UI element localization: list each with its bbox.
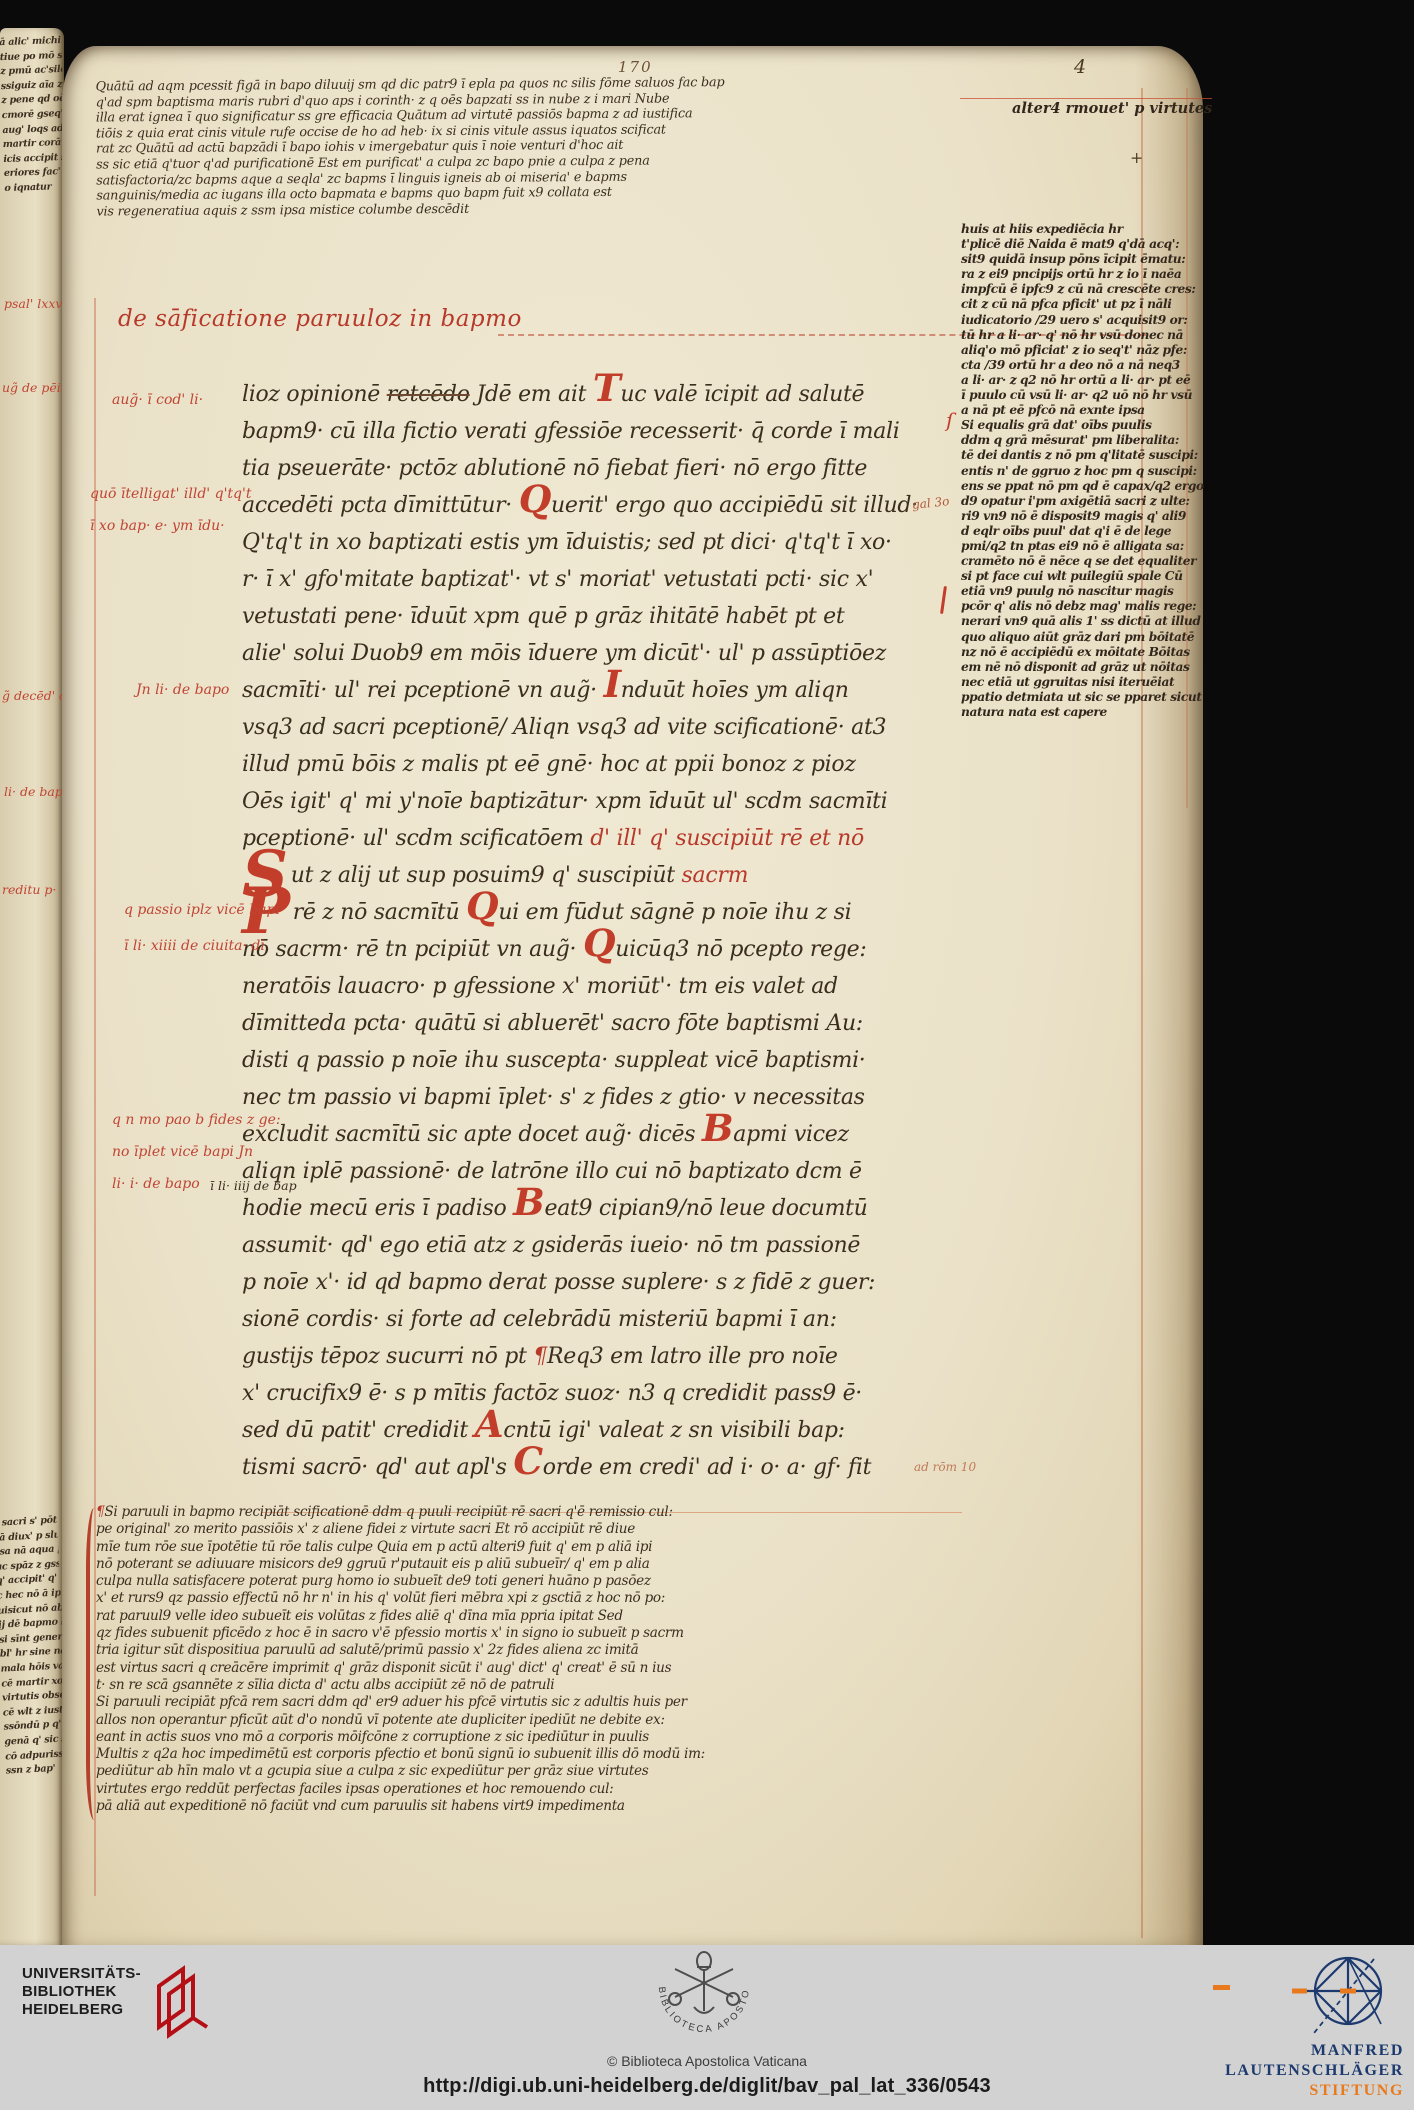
ink-text: mīe tum rōe sue īpotētie tū rōe talis cu…	[96, 1539, 652, 1555]
ink-text: dīmitteda pcta· quātū si abluerēt' sacro…	[242, 1011, 863, 1036]
margin-note-psalm-ref: psal' lxxvij	[4, 296, 70, 311]
manuscript-photo: ā alic' michil valettiue po mō scilliisz…	[0, 0, 1414, 1945]
ink-text: nerari vn9 quā alis 1' ss dictū at illud	[961, 614, 1200, 628]
ink-text: a nā pt eē pfcō nā exnte ipsa	[961, 403, 1145, 417]
ink-text: uerit' ergo quo accipiēdū sit illud·	[551, 493, 918, 518]
manuscript-text-line: rat paruul9 velle ideo subueīt eis volūt…	[96, 1608, 705, 1625]
ink-text: pā aliā aut expeditionē nō faciūt vnd cu…	[96, 1798, 625, 1814]
rubricated-text: C	[513, 1439, 542, 1483]
manuscript-text-line: impfcū ē ipfc9 z cū nā crescēte cres:	[961, 282, 1199, 297]
ink-text: ui em fūdut sāgnē p noīe ihu z si	[498, 900, 851, 925]
manuscript-text-line: excludit sacmītū sic apte docet aug̃· di…	[242, 1122, 918, 1159]
ink-text: tē dei dantis z nō pm q'litatē suscipi:	[961, 448, 1198, 462]
manuscript-text-line: t'plicē diē Naida ē mat9 q'dā acq':	[961, 237, 1199, 252]
ink-text: Jdē em ait	[470, 382, 593, 407]
ink-text: uc spāz z gss s'	[0, 1558, 71, 1573]
ink-text: accedēti pcta dīmittūtur·	[242, 493, 519, 518]
ink-text: nō sacrm· rē tn pcipiūt vn aug̃·	[242, 937, 583, 962]
ink-text: z pene qd oēs refor	[1, 92, 67, 106]
ink-text: tiue po mō scilliis	[0, 49, 67, 63]
ub-heidelberg-logo: UNIVERSITÄTS- BIBLIOTHEK HEIDELBERG	[22, 1965, 211, 2049]
manuscript-text-line: ens se ppat nō pm qd ē capax/q2 ergo	[961, 479, 1199, 494]
manuscript-text-line: etiā vn9 puulg nō nascitur magis	[961, 584, 1199, 599]
ink-text: x' crucifix9 ē· s p mītis factōz suoz· n…	[242, 1381, 862, 1406]
ink-text: mala hōis val	[0, 1660, 67, 1674]
manuscript-text-line: r· ī x' gfo'mitate baptizat'· vt s' mori…	[242, 567, 918, 604]
ink-text: ssn z bap'	[6, 1763, 56, 1777]
ink-text: hodie mecū eris ī padiso	[242, 1196, 513, 1221]
ink-text: vetustati pene· īduūt xpm quē p grāz ihi…	[242, 604, 844, 629]
manuscript-text-line: tū hr a li· ar· q' nō hr vsū donec nā	[961, 328, 1199, 343]
ink-text: t'plicē diē Naida ē mat9 q'dā acq':	[961, 237, 1179, 251]
manuscript-text-line: nō poterant se adiuuare misicors de9 ggr…	[96, 1556, 705, 1573]
ink-text: lioz opinionē	[242, 382, 387, 407]
manuscript-text-line: ssn z bap'	[6, 1762, 71, 1780]
ink-text: o iqnatur	[4, 181, 51, 194]
ink-text: ppatio detmiata ut sic se pparet sicut	[961, 690, 1202, 704]
ink-text: impfcū ē ipfc9 z cū nā crescēte cres:	[961, 282, 1195, 296]
manuscript-text-line: d eqlr oībs puul' dat q'i ē de lege	[961, 524, 1199, 539]
ink-text: aliq'o mō pficiat' z io seq't' nāz pfe:	[961, 343, 1187, 357]
ink-text: virtutis obseq	[2, 1689, 72, 1704]
ink-text: bapm9· cū illa fictio verati gfessiōe re…	[242, 419, 900, 444]
manuscript-text-line: mīe tum rōe sue īpotētie tū rōe talis cu…	[96, 1539, 705, 1556]
manuscript-text-line: est virtus sacri q creācēre imprimit q' …	[96, 1660, 705, 1677]
ink-text: ā alic' michil valet	[0, 35, 67, 48]
marginal-annotation-column: huis at hiis expediēcia hrt'plicē diē Na…	[961, 222, 1199, 720]
manuscript-text-line: illud pmū bōis z malis pt eē gnē· hoc at…	[242, 752, 918, 789]
svg-text:BIBLIOTECA APOSTOLICA VATICANA: BIBLIOTECA APOSTOLICA VATICANA	[645, 1945, 752, 2035]
manuscript-text-line: Q'tq't in xo baptizati estis ym īduistis…	[242, 530, 918, 567]
ink-text: rē z nō sacmītū	[293, 900, 466, 925]
manuscript-text-line: pā aliā aut expeditionē nō faciūt vnd cu…	[96, 1798, 705, 1815]
manuscript-text-line: cta /39 ortū hr a deo nō a nā neq3	[961, 358, 1199, 373]
ink-text: aug' loqs ad cōmnā	[2, 121, 67, 135]
margin-note-augustine-codex: aug̃· ī cod' li·	[112, 392, 203, 408]
manuscript-text-line: a li· ar· z q2 nō hr ortū a li· ar· pt e…	[961, 373, 1199, 388]
ink-text: r· ī x' gfo'mitate baptizat'· vt s' mori…	[242, 567, 873, 592]
manuscript-text-line: sionē cordis· si forte ad celebrādū mist…	[242, 1307, 918, 1344]
manuscript-text-line: pmi/q2 tn ptas ei9 nō ē alligata sa:	[961, 539, 1199, 554]
rubricated-text: Q	[583, 921, 615, 965]
ink-text: si sīnt generā	[0, 1631, 68, 1646]
ub-book-icon	[149, 1965, 211, 2049]
margin-note-passio-vice-baptismi-2: ī li· xiiii de ciuita· di	[124, 938, 265, 954]
manuscript-text-line: iudicatorio /29 uero s' acquisit9 or:	[961, 313, 1199, 328]
manuscript-text-line: natura nata est capere	[961, 705, 1199, 720]
manuscript-text-line: entis n' de ggruo z hoc pm q suscipi:	[961, 464, 1199, 479]
ink-text: assumit· qd' ego etiā atz z gsiderās iue…	[242, 1233, 860, 1258]
ink-text: entis n' de ggruo z hoc pm q suscipi:	[961, 464, 1197, 478]
margin-note-fides-implet-3: li· i· de bapo	[112, 1176, 200, 1192]
ink-text: nec etiā ut ggruitas nisi iteruēiat	[961, 675, 1174, 689]
margin-note-fides-implet-2: no īplet vicē bapi Jn	[112, 1144, 253, 1160]
ink-text: tū hr a li· ar· q' nō hr vsū donec nā	[961, 328, 1183, 342]
ink-text: d eqlr oībs puul' dat q'i ē de lege	[961, 524, 1171, 538]
bottom-addition-block: ¶Si paruuli in bapmo recipiāt scificatio…	[96, 1504, 705, 1815]
marginal-column-header: alter4 rmouet' p virtutes	[1012, 100, 1212, 117]
vatican-seal: BIBLIOTECA APOSTOLICA VATICANA	[645, 1945, 763, 2055]
manuscript-text-line: Si paruuli recipiāt pfcā rem sacri ddm q…	[96, 1694, 705, 1711]
manuscript-text-line: hodie mecū eris ī padiso Beat9 cipian9/n…	[242, 1196, 918, 1233]
ink-text: pmi/q2 tn ptas ei9 nō ē alligata sa:	[961, 539, 1184, 553]
lautenschlaeger-stiftung-logo: MANFRED LAUTENSCHLÄGER STIFTUNG	[1225, 2041, 1404, 2101]
stiftung-line-3: STIFTUNG	[1225, 2081, 1404, 2101]
manuscript-text-line: tismi sacrō· qd' aut apl's Corde em cred…	[242, 1455, 918, 1492]
ink-text: x' et rurs9 qz passio effectū nō hr n' i…	[96, 1590, 665, 1606]
manuscript-text-line: neratōis lauacro· p gfessione x' moriūt'…	[242, 974, 918, 1011]
ink-text: alie' solui Duob9 em mōis īduere ym dicū…	[242, 641, 886, 666]
ink-text: cmorē gseq' palmā	[2, 107, 67, 121]
ink-text: Si equalis grā dat' oībs puulis	[961, 418, 1152, 432]
ink-text: apmi vicez	[733, 1122, 849, 1147]
ink-text: ssiguiz aīa z ssmō	[1, 78, 67, 92]
ink-text: z pmū ac'sile bap	[0, 63, 67, 77]
manuscript-text-line: nec tm passio vi bapmi īplet· s' z fides…	[242, 1085, 918, 1122]
manuscript-text-line: x' crucifix9 ē· s p mītis factōz suoz· n…	[242, 1381, 918, 1418]
ink-text: cramēto nō ē nēce q se det equaliter	[961, 554, 1196, 568]
manuscript-text-line: huis at hiis expediēcia hr	[961, 222, 1199, 237]
manuscript-text-line: nec etiā ut ggruitas nisi iteruēiat	[961, 675, 1199, 690]
rubricated-text: T	[593, 366, 621, 410]
rubricated-text: Q	[466, 884, 498, 928]
stiftung-line-1: MANFRED	[1225, 2041, 1404, 2061]
manuscript-text-line: Multis z q2a hoc impedimētū est corporis…	[96, 1746, 705, 1763]
manuscript-text-line: nz nō ē accipiēdū ex mōitate Bōitas	[961, 645, 1199, 660]
manuscript-text-line: gustijs tēpoz sucurri nō pt ¶Req3 em lat…	[242, 1344, 918, 1381]
manuscript-text-line: o iqnatur	[4, 181, 66, 198]
ink-text: q' accipit' q' ss'	[0, 1572, 71, 1587]
manuscript-text-line: cramēto nō ē nēce q se det equaliter	[961, 554, 1199, 569]
rubricated-text: Q	[519, 477, 551, 521]
manuscript-text-line: sit9 quidā insup pōns īcipit ēmatu:	[961, 252, 1199, 267]
footer-bar: UNIVERSITÄTS- BIBLIOTHEK HEIDELBERG	[0, 1945, 1414, 2110]
manuscript-text-line: culpa nulla satisfacere poterat purg hom…	[96, 1573, 705, 1590]
manuscript-text-line: p noīe x'· id qd bapmo derat posse suple…	[242, 1270, 918, 1307]
ink-text: pediūtur ab hīn malo vt a gcupia siue a …	[96, 1763, 648, 1779]
ink-text: cā diux' p sluīs	[0, 1529, 69, 1544]
globe-icon	[1290, 1947, 1390, 2039]
ink-text: uicūq3 nō pcepto rege:	[615, 937, 866, 962]
ink-text: a li· ar· z q2 nō hr ortū a li· ar· pt e…	[961, 373, 1190, 387]
ink-text: bl' hr sine nā	[0, 1646, 66, 1660]
rubricated-text: B	[702, 1106, 733, 1150]
red-tick-mark-icon	[940, 586, 947, 614]
ink-text: c hec nō ā ipso	[0, 1587, 71, 1602]
seal-ring-text: BIBLIOTECA APOSTOLICA VATICANA	[645, 1945, 752, 2035]
ink-text: natura nata est capere	[961, 705, 1107, 719]
rubricated-text: sacrm	[682, 863, 749, 888]
manuscript-text-line: si pt face cui wlt puilegiū spale Cū	[961, 569, 1199, 584]
ink-text: ens se ppat nō pm qd ē capax/q2 ergo	[961, 479, 1204, 493]
rubricated-text: I	[604, 662, 621, 706]
manuscript-text-line: cit z cū nā pfca pficit' ut pz ī nāli	[961, 297, 1199, 312]
manuscript-text-line: ppatio detmiata ut sic se pparet sicut	[961, 690, 1199, 705]
gutter-strip-facing-leaf: ā alic' michil valettiue po mō scilliisz…	[0, 28, 64, 1945]
manuscript-text-line: Prē z nō sacmītū Qui em fūdut sāgnē p no…	[242, 900, 918, 937]
manuscript-text-line: aliqn iplē passionē· de latrōne illo cui…	[242, 1159, 918, 1196]
margin-note-fides-implet-1: q n mo pao b fides z ge:	[112, 1112, 281, 1128]
manuscript-text-line: Sut z alij ut sup posuim9 q' suscipiūt s…	[242, 863, 918, 900]
ink-text: vis regeneratiua aquis z ssm ipsa mistic…	[96, 202, 469, 220]
ink-text: est virtus sacri q creācēre imprimit q' …	[96, 1660, 671, 1676]
ink-text: pcōr q' alis nō debz mag' malis rege:	[961, 599, 1196, 613]
ink-text: Req3 em latro ille pro noīe	[547, 1344, 838, 1369]
manuscript-text-line: ri9 vn9 nō ē disposit9 magis q' ali9	[961, 509, 1199, 524]
manuscript-text-line: qz fides subuenit pficēdo z hoc ē in sac…	[96, 1625, 705, 1642]
ink-text: nec tm passio vi bapmi īplet· s' z fides…	[242, 1085, 865, 1110]
ink-text: nō poterant se adiuuare misicors de9 ggr…	[96, 1556, 650, 1572]
gutter-bottom-text-fragment: ē sacri s' pōtat'cā diux' p sluīsssa nā …	[0, 1515, 71, 1800]
manuscript-text-line: nō sacrm· rē tn pcipiūt vn aug̃· Quicūq3…	[242, 937, 918, 974]
ink-text: sionē cordis· si forte ad celebrādū mist…	[242, 1307, 837, 1332]
ink-text: Si paruuli recipiāt pfcā rem sacri ddm q…	[96, 1694, 687, 1710]
ink-text: vsq3 ad sacri pceptionē/ Aliqn vsq3 ad v…	[242, 715, 886, 740]
manuscript-text-line: allos non operantur pficūt aūt d'o nondū…	[96, 1712, 705, 1729]
ink-text: neratōis lauacro· p gfessione x' moriūt'…	[242, 974, 838, 999]
manuscript-text-line: pcōr q' alis nō debz mag' malis rege:	[961, 599, 1199, 614]
rubric-heading: de sāficatione paruuloz in bapmo	[118, 306, 522, 332]
rubricated-text: ¶	[533, 1344, 547, 1369]
ink-text: ra z ei9 pncipijs ortū hr z io ī naēa	[961, 267, 1181, 281]
ink-text: pceptionē· ul' scdm scificatōem	[242, 826, 590, 851]
ink-text: p noīe x'· id qd bapmo derat posse suple…	[242, 1270, 875, 1295]
ink-text: uc valē īcipit ad salutē	[620, 382, 864, 407]
ink-text: sacmīti· ul' rei pceptionē vn aug̃·	[242, 678, 604, 703]
ink-text: tria igitur sūt dispositiua paruulū ad s…	[96, 1642, 638, 1658]
manuscript-text-line: pediūtur ab hīn malo vt a gcupia siue a …	[96, 1763, 705, 1780]
folio-number: 170	[618, 58, 653, 76]
manuscript-text-line: ra z ei9 pncipijs ortū hr z io ī naēa	[961, 267, 1199, 282]
ink-text: ī puulo cū vsū li· ar· q2 uō nō hr vsū	[961, 388, 1192, 402]
ink-text: Q'tq't in xo baptizati estis ym īduistis…	[242, 530, 892, 555]
manuscript-text-line: pceptionē· ul' scdm scificatōem d' ill' …	[242, 826, 918, 863]
ink-text: virtutes ergo reddūt perfectas faciles i…	[96, 1781, 613, 1797]
side-note-romans: ad rōm 10	[914, 1460, 976, 1474]
ink-text: disti q passio p noīe ihu suscepta· supp…	[242, 1048, 866, 1073]
ink-text: cta /39 ortū hr a deo nō a nā neq3	[961, 358, 1180, 372]
ink-text: nz nō ē accipiēdū ex mōitate Bōitas	[961, 645, 1190, 659]
manuscript-text-line: accedēti pcta dīmittūtur· Querit' ergo q…	[242, 493, 918, 530]
ink-text: si pt face cui wlt puilegiū spale Cū	[961, 569, 1183, 583]
ub-line-1: UNIVERSITÄTS-	[22, 1965, 141, 1983]
side-note-galatians: gal 3o	[911, 494, 950, 512]
manuscript-text-line: pe original' zo merito passiōis x' z ali…	[96, 1521, 705, 1538]
margin-note-black-addition: ī li· iiij de bap	[210, 1178, 297, 1193]
manuscript-text-line: Oēs igit' q' mi y'noīe baptizātur· xpm ī…	[242, 789, 918, 826]
top-addition-block: Quātū ad aqm pcessit figā in bapo diluui…	[96, 73, 1097, 220]
ink-text: cit z cū nā pfca pficit' ut pz ī nāli	[961, 297, 1172, 311]
manuscript-text-line: eant in actis suos vno mō a corporis mōi…	[96, 1729, 705, 1746]
ink-text: etiā vn9 puulg nō nascitur magis	[961, 584, 1174, 598]
manuscript-text-line: tia pseuerāte· pctōz ablutionē nō fiebat…	[242, 456, 918, 493]
manuscript-text-line: quo aliquo aiūt grāz dari pm bōitatē	[961, 630, 1199, 645]
rubricated-text: A	[475, 1402, 504, 1446]
ink-text: qz fides subuenit pficēdo z hoc ē in sac…	[96, 1625, 684, 1641]
rubricated-text: B	[513, 1180, 544, 1224]
manuscript-text-line: disti q passio p noīe ihu suscepta· supp…	[242, 1048, 918, 1085]
ub-line-3: HEIDELBERG	[22, 2001, 141, 2019]
ink-text: d9 opatur i'pm axigētiā sacri z ulte:	[961, 494, 1190, 508]
manuscript-text-line: virtutes ergo reddūt perfectas faciles i…	[96, 1781, 705, 1798]
ink-text: eant in actis suos vno mō a corporis mōi…	[96, 1729, 649, 1745]
margin-note-passio-vice-baptismi-1: q passio iplz vicē bapi	[124, 902, 280, 918]
ink-text: culpa nulla satisfacere poterat purg hom…	[96, 1573, 651, 1589]
manuscript-text-line: alie' solui Duob9 em mōis īduere ym dicū…	[242, 641, 918, 678]
ink-text: retcēdo	[387, 382, 470, 407]
ink-text: sed dū patit' credidit	[242, 1418, 475, 1443]
manuscript-text-line: sed dū patit' credidit Acntū igi' valeat…	[242, 1418, 918, 1455]
margin-note-liber-de-baptismo: li· de bapo	[4, 784, 70, 799]
digitized-manuscript-viewer-page: ā alic' michil valettiue po mō scilliisz…	[0, 0, 1414, 2110]
ink-text: aliqn iplē passionē· de latrōne illo cui…	[242, 1159, 862, 1184]
ub-heidelberg-wordmark: UNIVERSITÄTS- BIBLIOTHEK HEIDELBERG	[22, 1965, 141, 2019]
manuscript-text-line: x' et rurs9 qz passio effectū nō hr n' i…	[96, 1590, 705, 1607]
ink-text: excludit sacmītū sic apte docet aug̃· di…	[242, 1122, 702, 1147]
ink-text: quo aliquo aiūt grāz dari pm bōitatē	[961, 630, 1194, 644]
ink-text: illud pmū bōis z malis pt eē gnē· hoc at…	[242, 752, 856, 777]
ink-text: ssa nā aqua pss	[0, 1543, 71, 1558]
ink-text: iudicatorio /29 uero s' acquisit9 or:	[961, 313, 1187, 327]
ink-text: uisicut nō ab	[0, 1602, 64, 1616]
margin-note-quo-intelligatur-1: quō ītelligat' illd' q'tq't	[90, 486, 251, 502]
manuscript-text-line: tria igitur sūt dispositiua paruulū ad s…	[96, 1642, 705, 1659]
ink-text: t· sn re scā gsannēte z sīlia dicta d' a…	[96, 1677, 554, 1693]
ub-line-2: BIBLIOTHEK	[22, 1983, 141, 2001]
manuscript-text-line: dīmitteda pcta· quātū si abluerēt' sacro…	[242, 1011, 918, 1048]
ink-text: eat9 cipian9/nō leue documtū	[544, 1196, 867, 1221]
copyright-line: © Biblioteca Apostolica Vaticana	[0, 2053, 1414, 2069]
ink-text: em nē nō disponit ad grāz ut nōitas	[961, 660, 1189, 674]
margin-note-quo-intelligatur-2: ī xo bap· e· ym īdu·	[90, 518, 225, 534]
manuscript-text-line: vsq3 ad sacri pceptionē/ Aliqn vsq3 ad v…	[242, 715, 918, 752]
manuscript-text-line: ddm q grā mēsurat' pm liberalita:	[961, 433, 1199, 448]
ink-text: sit9 quidā insup pōns īcipit ēmatu:	[961, 252, 1185, 266]
ink-text: gustijs tēpoz sucurri nō pt	[242, 1344, 533, 1369]
manuscript-text-line: assumit· qd' ego etiā atz z gsiderās iue…	[242, 1233, 918, 1270]
manuscript-text-line: ī puulo cū vsū li· ar· q2 uō nō hr vsū	[961, 388, 1199, 403]
ink-text: Oēs igit' q' mi y'noīe baptizātur· xpm ī…	[242, 789, 887, 814]
paragraph-mark-icon: ſ	[946, 408, 953, 432]
manuscript-text-line: a nā pt eē pfcō nā exnte ipsa	[961, 403, 1199, 418]
digilit-url: http://digi.ub.uni-heidelberg.de/diglit/…	[0, 2075, 1414, 2098]
recto-page: 170 4 + Quātū ad aqm pcessit figā in bap…	[62, 46, 1203, 1945]
orange-dash-icon	[1213, 1985, 1230, 1990]
rubricated-text: d' ill' q' suscipiūt rē et nō	[590, 826, 864, 851]
gutter-top-text-fragment: ā alic' michil valettiue po mō scilliisz…	[0, 35, 67, 205]
ink-text: allos non operantur pficūt aūt d'o nondū…	[96, 1712, 665, 1728]
manuscript-text-line: tē dei dantis z nō pm q'litatē suscipi:	[961, 448, 1199, 463]
ink-text: ri9 vn9 nō ē disposit9 magis q' ali9	[961, 509, 1186, 523]
ink-text: nduūt hoīes ym aliqn	[621, 678, 849, 703]
manuscript-text-line: aliq'o mō pficiat' z io seq't' nāz pfe:	[961, 343, 1199, 358]
ink-text: tia pseuerāte· pctōz ablutionē nō fiebat…	[242, 456, 867, 481]
margin-note-reditu: reditu p·	[2, 882, 56, 897]
manuscript-text-line: em nē nō disponit ad grāz ut nōitas	[961, 660, 1199, 675]
main-text-column: lioz opinionē retcēdo Jdē em ait Tuc val…	[242, 382, 918, 1492]
ink-text: orde em credi' ad i· o· a· gf· fit	[543, 1455, 871, 1480]
manuscript-text-line: sacmīti· ul' rei pceptionē vn aug̃· Indu…	[242, 678, 918, 715]
manuscript-text-line: Si equalis grā dat' oībs puulis	[961, 418, 1199, 433]
ink-text: rat paruul9 velle ideo subueīt eis volūt…	[96, 1608, 623, 1624]
manuscript-text-line: bapm9· cū illa fictio verati gfessiōe re…	[242, 419, 918, 456]
manuscript-text-line: d9 opatur i'pm axigētiā sacri z ulte:	[961, 494, 1199, 509]
ink-text: Si paruuli in bapmo recipiāt scification…	[104, 1504, 672, 1520]
ink-text: tismi sacrō· qd' aut apl's	[242, 1455, 513, 1480]
ink-text: huis at hiis expediēcia hr	[961, 222, 1123, 236]
ink-text: ē sacri s' pōtat'	[0, 1515, 70, 1529]
manuscript-text-line: nerari vn9 quā alis 1' ss dictū at illud	[961, 614, 1199, 629]
stiftung-line-2: LAUTENSCHLÄGER	[1225, 2061, 1404, 2081]
ink-text: pe original' zo merito passiōis x' z ali…	[96, 1521, 635, 1537]
ink-text: ddm q grā mēsurat' pm liberalita:	[961, 433, 1179, 447]
manuscript-text-line: ¶Si paruuli in bapmo recipiāt scificatio…	[96, 1504, 705, 1521]
manuscript-text-line: t· sn re scā gsannēte z sīlia dicta d' a…	[96, 1677, 705, 1694]
manuscript-text-line: vetustati pene· īduūt xpm quē p grāz ihi…	[242, 604, 918, 641]
ink-text: Multis z q2a hoc impedimētū est corporis…	[96, 1746, 705, 1762]
manuscript-text-line: lioz opinionē retcēdo Jdē em ait Tuc val…	[242, 382, 918, 419]
ink-text: cntū igi' valeat z sn visibili bap:	[503, 1418, 844, 1443]
margin-note-in-libro-de-baptismo: Jn li· de bapo	[136, 682, 229, 698]
